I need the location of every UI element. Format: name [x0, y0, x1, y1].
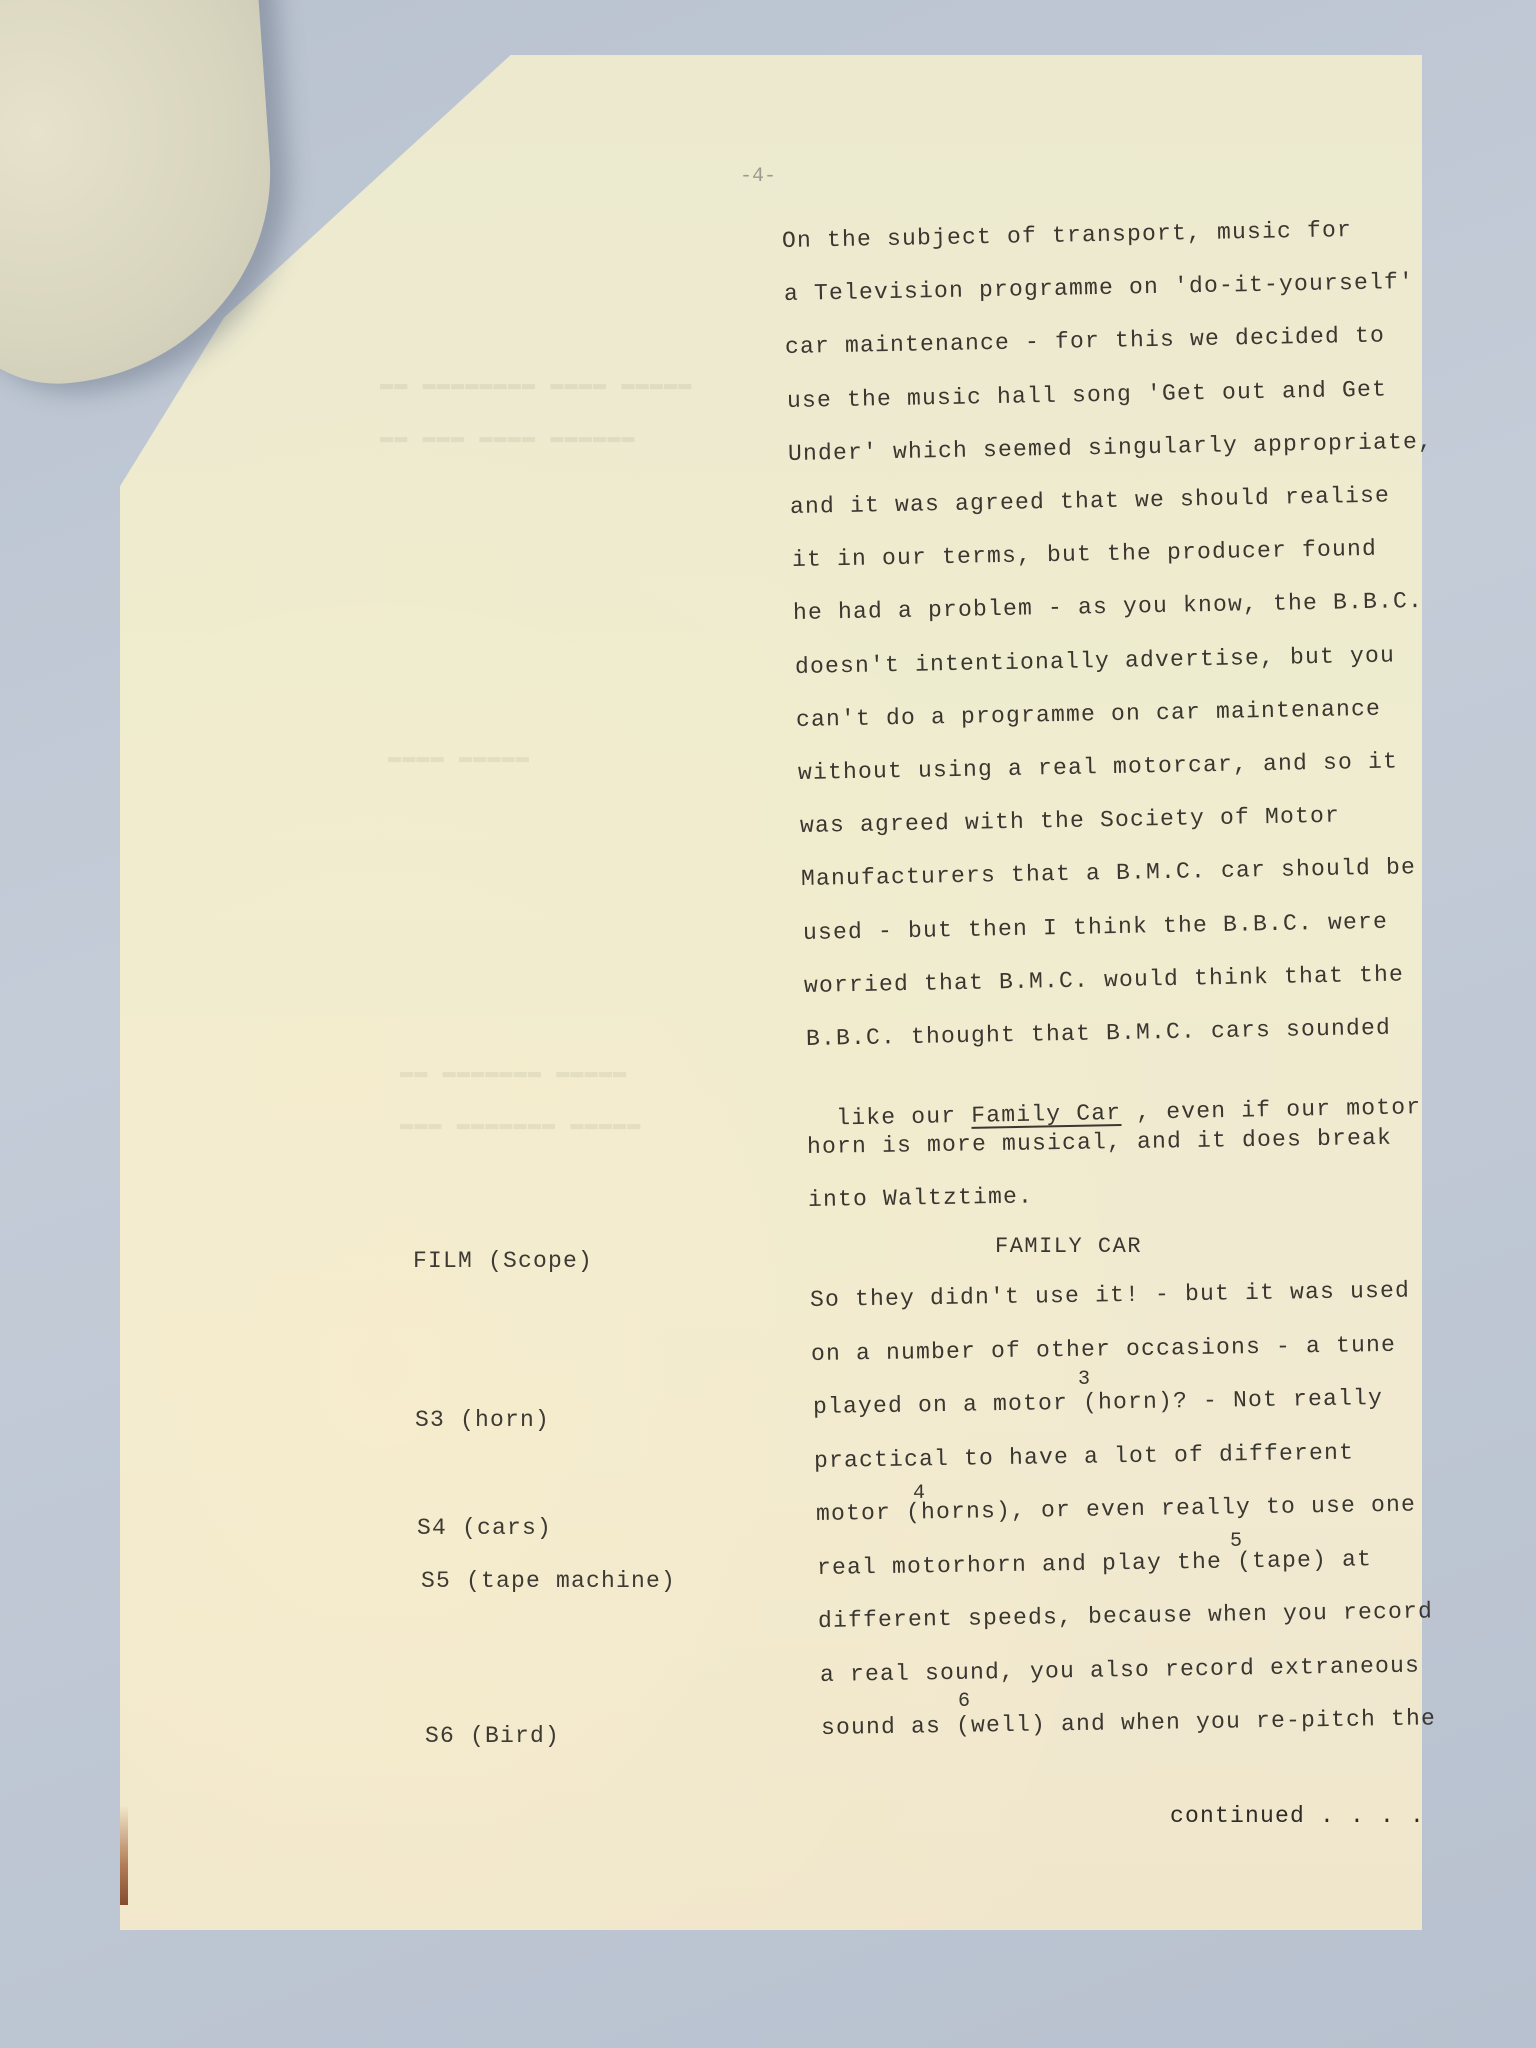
footnote-marker: 6: [958, 1690, 970, 1713]
bleed-through-text: ▬▬ ▬▬▬▬▬▬▬▬ ▬▬▬▬ ▬▬▬▬▬: [380, 372, 692, 397]
continued-marker: continued . . . .: [1170, 1803, 1425, 1829]
footnote-marker: 3: [1078, 1368, 1090, 1391]
cue-s4-cars: S4 (cars): [417, 1515, 552, 1541]
footnote-marker: 5: [1230, 1530, 1242, 1553]
line-text-before: like our: [836, 1103, 972, 1132]
underlined-title: Family Car: [971, 1100, 1122, 1129]
page-number: -4-: [740, 165, 776, 188]
cue-film-scope: FILM (Scope): [413, 1248, 593, 1274]
cue-s6-bird: S6 (Bird): [425, 1723, 560, 1749]
bleed-through-text: ▬▬ ▬▬▬ ▬▬▬▬ ▬▬▬▬▬▬: [380, 425, 636, 450]
body-line: into Waltztime.: [808, 1183, 1033, 1213]
bleed-through-text: ▬▬▬▬ ▬▬▬▬▬: [388, 745, 530, 770]
cue-s5-tape-machine: S5 (tape machine): [421, 1568, 676, 1594]
cue-s3-horn: S3 (horn): [415, 1407, 550, 1433]
bleed-through-text: ▬▬▬ ▬▬▬▬▬▬▬ ▬▬▬▬▬: [400, 1112, 641, 1137]
section-heading: FAMILY CAR: [995, 1234, 1142, 1259]
footnote-marker: 4: [913, 1482, 925, 1505]
bleed-through-text: ▬▬ ▬▬▬▬▬▬▬ ▬▬▬▬▬: [400, 1060, 627, 1085]
